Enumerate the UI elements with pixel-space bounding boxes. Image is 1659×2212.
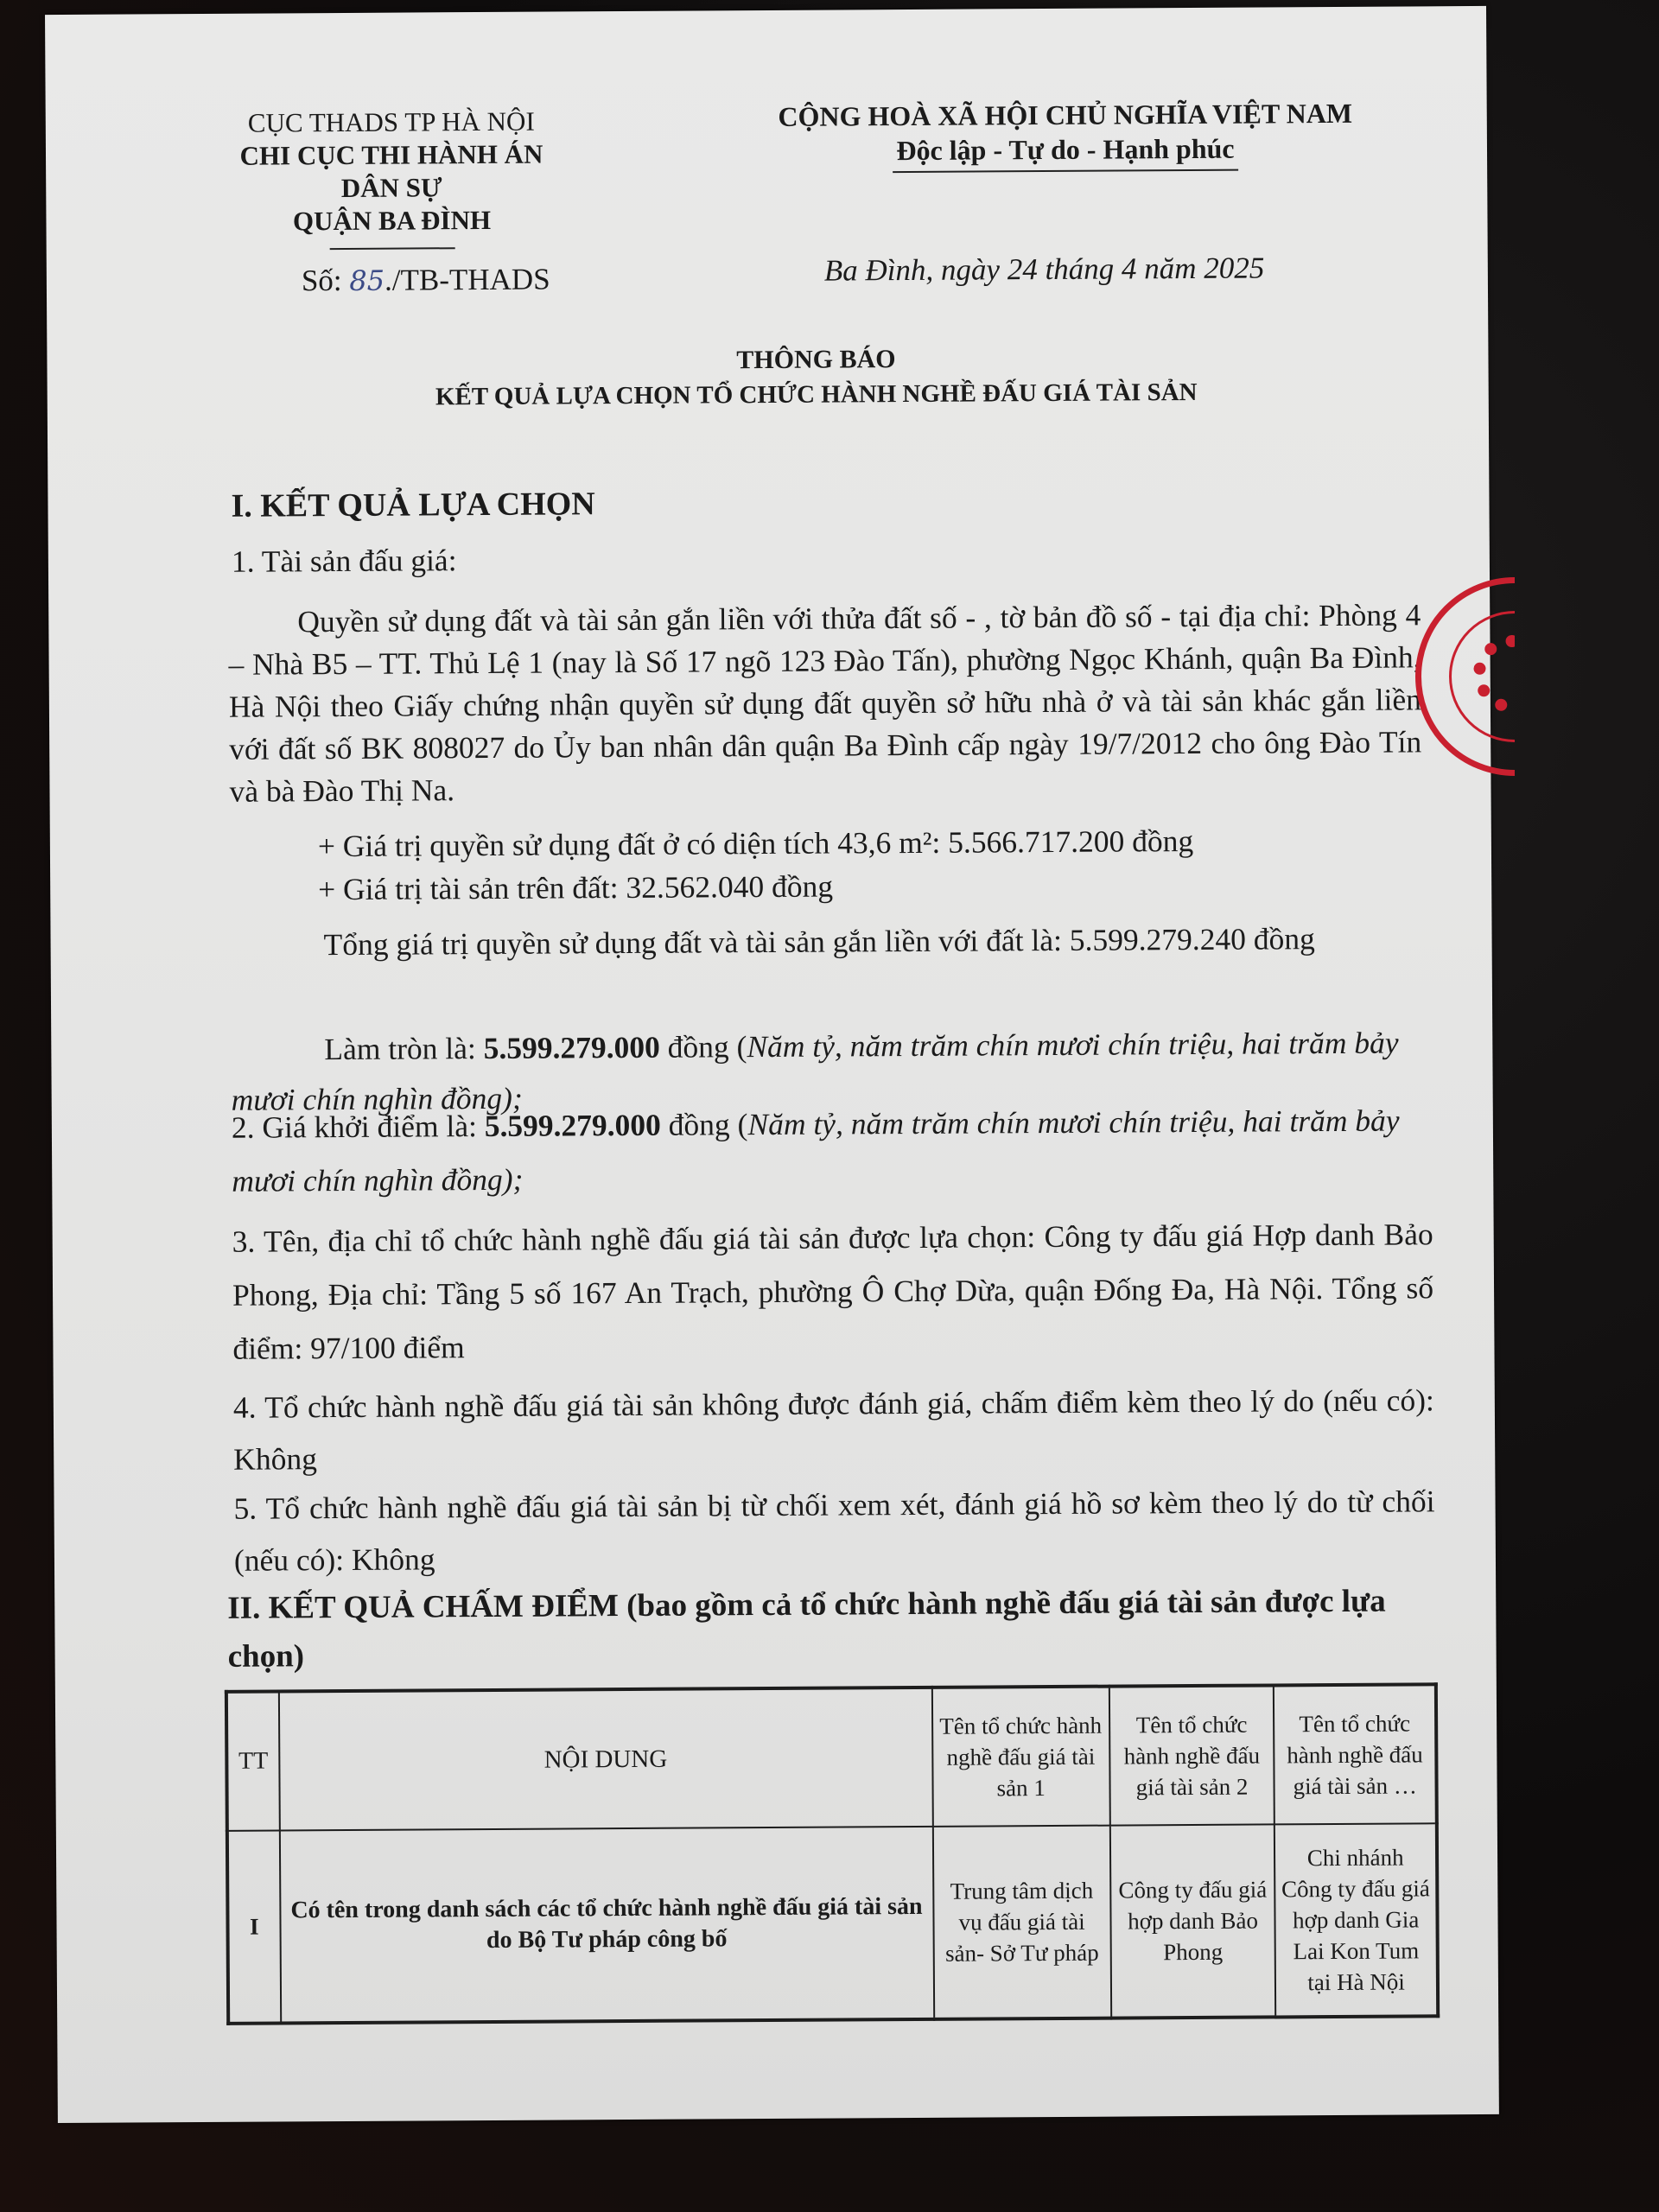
section-2-heading: II. KẾT QUẢ CHẤM ĐIỂM (bao gồm cả tổ chứ…	[227, 1577, 1446, 1681]
rounded-amount: 5.599.279.000	[484, 1030, 660, 1065]
cell-content: Có tên trong danh sách các tổ chức hành …	[280, 1827, 934, 2024]
agency-line-2: CHI CỤC THI HÀNH ÁN DÂN SỰ	[210, 137, 573, 206]
document-number-handwritten: 85	[349, 264, 385, 297]
agency-line-1: CỤC THADS TP HÀ NỘI	[210, 105, 573, 140]
section-1-heading: I. KẾT QUẢ LỰA CHỌN	[231, 485, 594, 525]
agency-underline	[329, 247, 454, 250]
asset-description: Quyền sử dụng đất và tài sản gắn liền vớ…	[228, 594, 1421, 812]
header-tt: TT	[226, 1691, 280, 1830]
title-line-2: KẾT QUẢ LỰA CHỌN TỔ CHỨC HÀNH NGHỀ ĐẤU G…	[220, 373, 1413, 415]
starting-price-prefix: 2. Giá khởi điểm là:	[232, 1109, 485, 1145]
table-header-row: TT NỘI DUNG Tên tổ chức hành nghề đấu gi…	[226, 1684, 1437, 1831]
cell-tt: I	[227, 1830, 281, 2023]
rounded-prefix: Làm tròn là:	[324, 1031, 484, 1066]
property-value-line: + Giá trị tài sản trên đất: 32.562.040 đ…	[318, 866, 833, 911]
national-header-block: CỘNG HOÀ XÃ HỘI CHỦ NGHĨA VIỆT NAM Độc l…	[737, 96, 1395, 175]
official-seal-icon	[1415, 577, 1614, 776]
header-content: NỘI DUNG	[279, 1688, 933, 1831]
land-value-line: + Giá trị quyền sử dụng đất ở có diện tí…	[318, 820, 1194, 867]
place-date: Ba Đình, ngày 24 tháng 4 năm 2025	[824, 251, 1265, 288]
item-5-rejected: 5. Tổ chức hành nghề đấu giá tài sản bị …	[233, 1475, 1435, 1586]
agency-line-3: QUẬN BA ĐÌNH	[210, 203, 573, 238]
header-org-2: Tên tổ chức hành nghề đấu giá tài sản 2	[1109, 1685, 1275, 1825]
document-page: CỤC THADS TP HÀ NỘI CHI CỤC THI HÀNH ÁN …	[45, 6, 1499, 2123]
rounded-unit: đồng (	[660, 1029, 747, 1065]
starting-price-unit: đồng (	[661, 1107, 748, 1142]
cell-org-3: Chi nhánh Công ty đấu giá hợp danh Gia L…	[1274, 1823, 1438, 2017]
cell-org-2: Công ty đấu giá hợp danh Bảo Phong	[1110, 1824, 1276, 2018]
document-number-prefix: Số:	[302, 264, 350, 297]
item-1-label: 1. Tài sản đấu giá:	[232, 539, 457, 582]
nation-line-1: CỘNG HOÀ XÃ HỘI CHỦ NGHĨA VIỆT NAM	[737, 96, 1394, 135]
scoring-table: TT NỘI DUNG Tên tổ chức hành nghề đấu gi…	[225, 1682, 1440, 2025]
header-org-1: Tên tổ chức hành nghề đấu giá tài sản 1	[931, 1687, 1109, 1827]
starting-price-amount: 5.599.279.000	[485, 1108, 661, 1143]
item-4-not-evaluated: 4. Tổ chức hành nghề đấu giá tài sản khô…	[233, 1374, 1435, 1484]
starting-price-line: 2. Giá khởi điểm là: 5.599.279.000 đồng …	[232, 1093, 1425, 1207]
total-value-line: Tổng giá trị quyền sử dụng đất và tài sả…	[230, 913, 1422, 969]
nation-motto: Độc lập - Tự do - Hạnh phúc	[893, 131, 1237, 173]
header-org-3: Tên tổ chức hành nghề đấu giá tài sản …	[1274, 1684, 1437, 1824]
document-number: Số: 85./TB-THADS	[302, 263, 550, 299]
issuing-agency-block: CỤC THADS TP HÀ NỘI CHI CỤC THI HÀNH ÁN …	[210, 105, 574, 251]
table-row: I Có tên trong danh sách các tổ chức hàn…	[227, 1823, 1438, 2024]
document-title: THÔNG BÁO KẾT QUẢ LỰA CHỌN TỔ CHỨC HÀNH …	[219, 339, 1412, 415]
section-2-heading-bold: II. KẾT QUẢ CHẤM ĐIỂM	[227, 1588, 619, 1626]
document-number-suffix: ./TB-THADS	[385, 263, 550, 297]
selected-organization: 3. Tên, địa chỉ tổ chức hành nghề đấu gi…	[232, 1207, 1434, 1375]
cell-org-1: Trung tâm dịch vụ đấu giá tài sản- Sở Tư…	[932, 1826, 1111, 2019]
